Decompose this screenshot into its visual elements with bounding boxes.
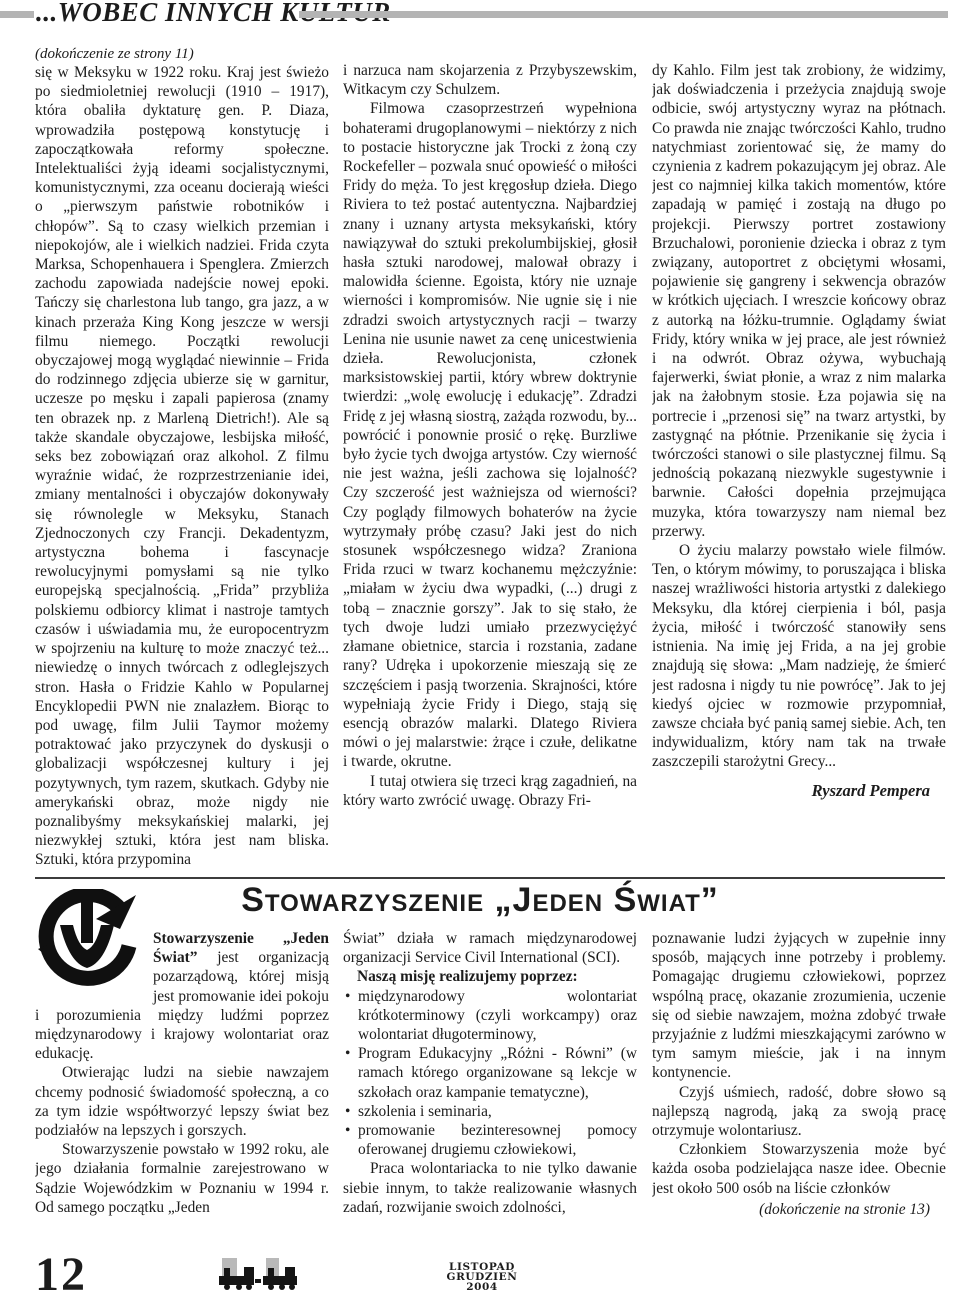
paragraph: i narzuca nam skojarzenia z Przybyszewsk… <box>343 61 637 99</box>
paragraph: Otwierając ludzi na siebie nawzajem chce… <box>35 1063 329 1140</box>
list-item: promowanie bezinteresownej pomocy oferow… <box>343 1121 637 1159</box>
paragraph: Stowarzyszenie powstało w 1992 roku, ale… <box>35 1140 329 1217</box>
list-item: Program Edukacyjny „Różni - Równi” (w ra… <box>343 1044 637 1102</box>
article1-column-3: dy Kahlo. Film jest tak zrobiony, że wid… <box>652 61 946 878</box>
magazine-page: ...WOBEC INNYCH KULTUR (dokończenie ze s… <box>0 0 960 1291</box>
list-item: szkolenia i seminaria, <box>343 1102 637 1121</box>
paragraph: Praca wolontariacka to nie tylko dawanie… <box>343 1159 637 1217</box>
masthead-rule-right <box>299 11 948 18</box>
mission-list: międzynarodowy wolontariat krótkotermino… <box>343 987 637 1160</box>
list-item: międzynarodowy wolontariat krótkotermino… <box>343 987 637 1045</box>
continuation-to-note: (dokończenie na stronie 13) <box>652 1200 930 1219</box>
masthead-rule-left <box>0 11 34 18</box>
list-item-text: szkolenia i seminaria, <box>358 1103 492 1120</box>
paragraph: Świat” działa w ramach międzynarodowej o… <box>343 929 637 967</box>
paragraph: I tutaj otwiera się trzeci krąg zagadnie… <box>343 772 637 810</box>
section-divider <box>35 877 945 879</box>
continuation-from-note: (dokończenie ze strony 11) <box>35 46 329 63</box>
steam-train-logo-icon <box>219 1258 299 1291</box>
article1-column-2: i narzuca nam skojarzenia z Przybyszewsk… <box>343 61 637 878</box>
paragraph: dy Kahlo. Film jest tak zrobiony, że wid… <box>652 61 946 541</box>
issue-year: 2004 <box>446 1282 518 1291</box>
list-item-text: Program Edukacyjny „Różni - Równi” (w ra… <box>358 1045 637 1100</box>
list-item-text: promowanie bezinteresownej pomocy oferow… <box>358 1122 637 1158</box>
page-number: 12 <box>35 1251 87 1291</box>
article2-heading: Stowarzyszenie „Jeden Świat” <box>0 880 960 920</box>
issue-date: LISTOPAD GRUDZIEŃ 2004 <box>446 1262 518 1291</box>
paragraph: Członkiem Stowarzyszenia może być każda … <box>652 1140 946 1198</box>
article2-column-1: Stowarzyszenie „Jeden Świat” jest organi… <box>35 929 329 1231</box>
paragraph: poznawanie ludzi żyjących w zupełnie inn… <box>652 929 946 1083</box>
paragraph: się w Meksyku w 1922 roku. Kraj jest świ… <box>35 63 329 870</box>
article1-column-1: (dokończenie ze strony 11) się w Meksyku… <box>35 46 329 878</box>
article2-column-3: poznawanie ludzi żyjących w zupełnie inn… <box>652 929 946 1231</box>
paragraph: O życiu malarzy powstało wiele filmów. T… <box>652 541 946 771</box>
paragraph: Filmowa czasoprzestrzeń wypełniona bohat… <box>343 99 637 771</box>
article2-column-2: Świat” działa w ramach międzynarodowej o… <box>343 929 637 1231</box>
mission-heading: Naszą misję realizujemy poprzez: <box>343 967 637 986</box>
author-byline: Ryszard Pempera <box>652 781 930 800</box>
logo-wrap-spacer <box>35 929 153 999</box>
list-item-text: międzynarodowy wolontariat krótkotermino… <box>358 988 637 1043</box>
paragraph: Czyjś uśmiech, radość, dobre słowo są na… <box>652 1083 946 1141</box>
